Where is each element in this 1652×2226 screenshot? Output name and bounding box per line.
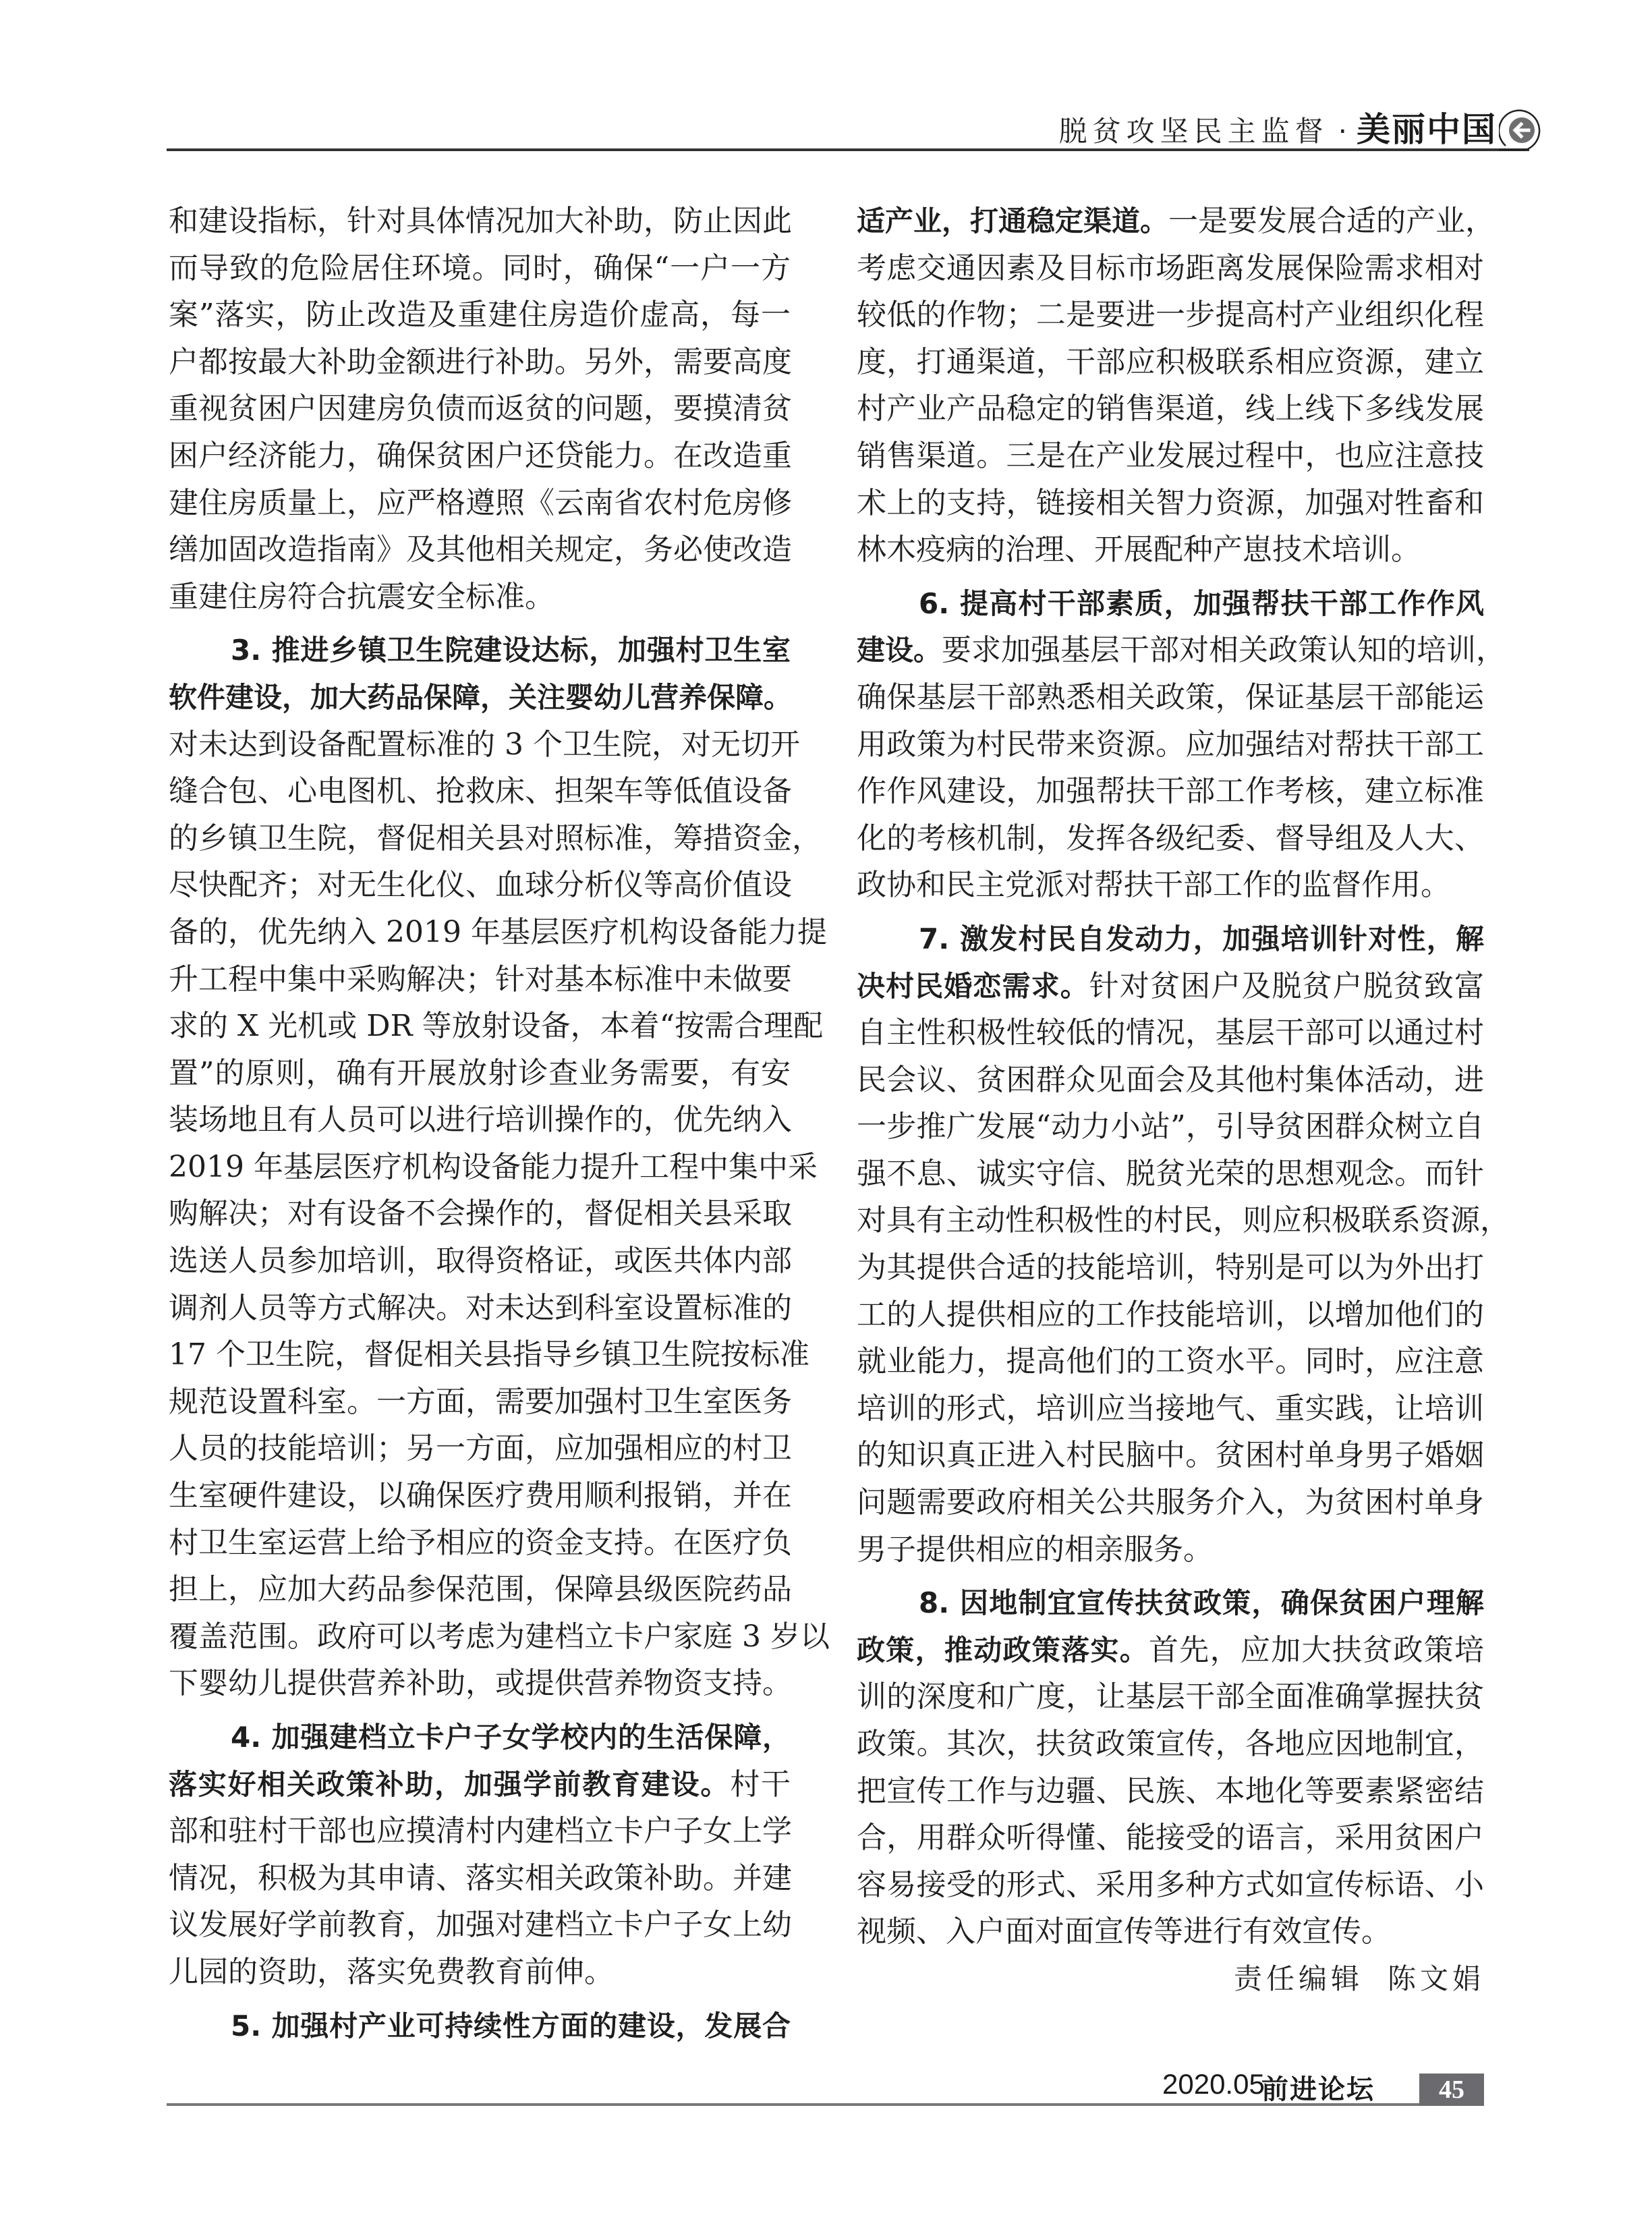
section-heading: 落实好相关政策补助，加强学前教育建设。 xyxy=(169,1768,730,1801)
body-text: 部和驻村干部也应摸清村内建档立卡户子女上学 xyxy=(169,1814,792,1848)
text-line: 确保基层干部熟悉相关政策，保证基层干部能运 xyxy=(857,674,1484,721)
body-text: 村卫生室运营上给予相应的资金支持。在医疗负 xyxy=(169,1526,792,1560)
text-line: 7. 激发村民自发动力，加强培训针对性，解 xyxy=(857,916,1484,963)
text-line: 生室硬件建设，以确保医疗费用顺利报销，并在 xyxy=(169,1472,791,1520)
body-text: 为其提供合适的技能培训，特别是可以为外出打 xyxy=(857,1250,1484,1285)
text-line: 重建住房符合抗震安全标准。 xyxy=(169,574,791,621)
text-line: 议发展好学前教育，加强对建档立卡户子女上幼 xyxy=(169,1901,791,1949)
body-text: 工的人提供相应的工作技能培训，以增加他们的 xyxy=(857,1298,1484,1332)
section-heading: 3. 推进乡镇卫生院建设达标，加强村卫生室 xyxy=(231,634,791,667)
body-text: 就业能力，提高他们的工资水平。同时，应注意 xyxy=(857,1344,1484,1379)
text-line: 置”的原则，确有开展放射诊查业务需要，有安 xyxy=(169,1050,791,1097)
body-text: 问题需要政府相关公共服务介入，为贫困村单身 xyxy=(857,1485,1484,1520)
body-text: 强不息、诚实守信、脱贫光荣的思想观念。而针 xyxy=(857,1157,1484,1191)
editor-label: 责任编辑 xyxy=(1234,1957,1363,1997)
body-text: 和建设指标，针对具体情况加大补助，防止因此 xyxy=(169,204,792,238)
body-text: 而导致的危险居住环境。同时，确保“一户一方 xyxy=(169,251,791,285)
text-line: 强不息、诚实守信、脱贫光荣的思想观念。而针 xyxy=(857,1150,1484,1198)
article-left-column: 和建设指标，针对具体情况加大补助，防止因此而导致的危险居住环境。同时，确保“一户… xyxy=(169,198,791,2049)
section-heading: 6. 提高村干部素质，加强帮扶干部工作作风 xyxy=(919,587,1484,620)
text-line: 购解决；对有设备不会操作的，督促相关县采取 xyxy=(169,1190,791,1237)
body-text: 选送人员参加培训，取得资格证，或医共体内部 xyxy=(169,1244,792,1278)
body-text: 2019 年基层医疗机构设备能力提升工程中集中采 xyxy=(169,1150,818,1184)
section-heading: 适产业，打通稳定渠道。 xyxy=(857,204,1168,238)
section-heading: 政策，推动政策落实。 xyxy=(857,1634,1149,1667)
body-text: 村产业产品稳定的销售渠道，线上线下多线发展 xyxy=(857,391,1484,426)
text-line: 情况，积极为其申请、落实相关政策补助。并建 xyxy=(169,1855,791,1902)
body-text: 对具有主动性积极性的村民，则应积极联系资源， xyxy=(857,1203,1510,1237)
body-text: 销售渠道。三是在产业发展过程中，也应注意技 xyxy=(857,439,1484,473)
text-line: 备的，优先纳入 2019 年基层医疗机构设备能力提 xyxy=(169,909,791,956)
body-text: 的乡镇卫生院，督促相关县对照标准，筹措资金， xyxy=(169,821,822,856)
section-heading: 5. 加强村产业可持续性方面的建设，发展合 xyxy=(231,2009,791,2042)
text-line: 的乡镇卫生院，督促相关县对照标准，筹措资金， xyxy=(169,815,791,862)
footer-rule xyxy=(167,2103,1421,2106)
text-line: 村卫生室运营上给予相应的资金支持。在医疗负 xyxy=(169,1520,791,1567)
text-line: 民会议、贫困群众见面会及其他村集体活动，进 xyxy=(857,1057,1484,1104)
text-line: 选送人员参加培训，取得资格证，或医共体内部 xyxy=(169,1237,791,1285)
body-text: 户都按最大补助金额进行补助。另外，需要高度 xyxy=(169,345,792,379)
text-line: 较低的作物；二是要进一步提高村产业组织化程 xyxy=(857,291,1484,339)
text-line: 视频、入户面对面宣传等进行有效宣传。 xyxy=(857,1908,1484,1955)
body-text: 生室硬件建设，以确保医疗费用顺利报销，并在 xyxy=(169,1478,792,1513)
body-text: 重建住房符合抗震安全标准。 xyxy=(169,580,554,614)
text-line: 户都按最大补助金额进行补助。另外，需要高度 xyxy=(169,339,791,386)
paragraph-gap xyxy=(169,1996,791,2003)
paragraph-gap xyxy=(169,620,791,627)
text-line: 的知识真正进入村民脑中。贫困村单身男子婚姻 xyxy=(857,1432,1484,1479)
text-line: 林木疫病的治理、开展配种产崽技术培训。 xyxy=(857,526,1484,574)
text-line: 担上，应加大药品参保范围，保障县级医院药品 xyxy=(169,1566,791,1613)
body-text: 的知识真正进入村民脑中。贫困村单身男子婚姻 xyxy=(857,1438,1484,1472)
body-text: 担上，应加大药品参保范围，保障县级医院药品 xyxy=(169,1572,792,1607)
text-line: 自主性积极性较低的情况，基层干部可以通过村 xyxy=(857,1009,1484,1057)
text-line: 销售渠道。三是在产业发展过程中，也应注意技 xyxy=(857,433,1484,480)
paragraph-gap xyxy=(857,909,1484,916)
text-line: 为其提供合适的技能培训，特别是可以为外出打 xyxy=(857,1244,1484,1291)
header-separator: · xyxy=(1338,115,1347,148)
section-heading: 4. 加强建档立卡户子女学校内的生活保障， xyxy=(231,1721,791,1754)
body-text: 化的考核机制，发挥各级纪委、督导组及人大、 xyxy=(857,821,1484,856)
header-section-name: 脱贫攻坚民主监督 xyxy=(1059,109,1329,150)
body-text: 装场地且有人员可以进行培训操作的，优先纳入 xyxy=(169,1103,792,1137)
text-line: 尽快配齐；对无生化仪、血球分析仪等高价值设 xyxy=(169,862,791,909)
body-text: 升工程中集中采购解决；针对基本标准中未做要 xyxy=(169,962,792,997)
body-text: 缝合包、心电图机、抢救床、担架车等低值设备 xyxy=(169,774,792,808)
body-text: 备的，优先纳入 2019 年基层医疗机构设备能力提 xyxy=(169,915,827,949)
body-text: 规范设置科室。一方面，需要加强村卫生室医务 xyxy=(169,1385,792,1419)
text-line: 5. 加强村产业可持续性方面的建设，发展合 xyxy=(169,2003,791,2050)
text-line: 3. 推进乡镇卫生院建设达标，加强村卫生室 xyxy=(169,627,791,674)
text-line: 问题需要政府相关公共服务介入，为贫困村单身 xyxy=(857,1479,1484,1526)
body-text: 培训的形式，培训应当接地气、重实践，让培训 xyxy=(857,1391,1484,1426)
text-line: 决村民婚恋需求。针对贫困户及脱贫户脱贫致富 xyxy=(857,963,1484,1010)
text-line: 调剂人员等方式解决。对未达到科室设置标准的 xyxy=(169,1285,791,1332)
body-text: 购解决；对有设备不会操作的，督促相关县采取 xyxy=(169,1196,792,1231)
body-text: 政策。其次，扶贫政策宣传，各地应因地制宜， xyxy=(857,1727,1484,1761)
body-text: 缮加固改造指南》及其他相关规定，务必使改造 xyxy=(169,532,792,567)
text-line: 落实好相关政策补助，加强学前教育建设。村干 xyxy=(169,1761,791,1808)
body-text: 把宣传工作与边疆、民族、本地化等要素紧密结 xyxy=(857,1774,1484,1808)
paragraph-gap xyxy=(857,1573,1484,1580)
text-line: 覆盖范围。政府可以考虑为建档立卡户家庭 3 岁以 xyxy=(169,1613,791,1661)
editor-credit: 责任编辑陈文娟 xyxy=(1234,1957,1485,1997)
body-text: 案”落实，防止改造及重建住房造价虚高，每一 xyxy=(169,298,791,332)
body-text: 男子提供相应的相亲服务。 xyxy=(857,1532,1213,1567)
text-line: 2019 年基层医疗机构设备能力提升工程中集中采 xyxy=(169,1144,791,1191)
body-text: 议发展好学前教育，加强对建档立卡户子女上幼 xyxy=(169,1908,792,1942)
body-text: 对未达到设备配置标准的 3 个卫生院，对无切开 xyxy=(169,727,800,762)
text-line: 建设。要求加强基层干部对相关政策认知的培训， xyxy=(857,627,1484,674)
text-line: 把宣传工作与边疆、民族、本地化等要素紧密结 xyxy=(857,1768,1484,1815)
text-line: 8. 因地制宜宣传扶贫政策，确保贫困户理解 xyxy=(857,1580,1484,1627)
text-line: 儿园的资助，落实免费教育前伸。 xyxy=(169,1949,791,1996)
section-heading: 7. 激发村民自发动力，加强培训针对性，解 xyxy=(919,922,1484,955)
text-line: 一步推广发展“动力小站”，引导贫困群众树立自 xyxy=(857,1103,1484,1150)
text-line: 就业能力，提高他们的工资水平。同时，应注意 xyxy=(857,1338,1484,1385)
text-line: 男子提供相应的相亲服务。 xyxy=(857,1526,1484,1574)
body-text: 视频、入户面对面宣传等进行有效宣传。 xyxy=(857,1914,1391,1949)
text-line: 政协和民主党派对帮扶干部工作的监督作用。 xyxy=(857,862,1484,909)
section-heading: 软件建设，加大药品保障，关注婴幼儿营养保障。 xyxy=(169,681,792,714)
body-text: 调剂人员等方式解决。对未达到科室设置标准的 xyxy=(169,1291,792,1325)
body-text: 首先，应加大扶贫政策培 xyxy=(1149,1633,1484,1667)
text-line: 作作风建设，加强帮扶干部工作考核，建立标准 xyxy=(857,768,1484,815)
text-line: 政策。其次，扶贫政策宣传，各地应因地制宜， xyxy=(857,1721,1484,1768)
body-text: 困户经济能力，确保贫困户还贷能力。在改造重 xyxy=(169,439,792,473)
text-line: 化的考核机制，发挥各级纪委、督导组及人大、 xyxy=(857,815,1484,862)
text-line: 村产业产品稳定的销售渠道，线上线下多线发展 xyxy=(857,385,1484,433)
body-text: 重视贫困户因建房负债而返贫的问题，要摸清贫 xyxy=(169,391,792,426)
text-line: 案”落实，防止改造及重建住房造价虚高，每一 xyxy=(169,291,791,339)
text-line: 对未达到设备配置标准的 3 个卫生院，对无切开 xyxy=(169,721,791,769)
body-text: 儿园的资助，落实免费教育前伸。 xyxy=(169,1955,614,1989)
text-line: 缮加固改造指南》及其他相关规定，务必使改造 xyxy=(169,526,791,574)
body-text: 覆盖范围。政府可以考虑为建档立卡户家庭 3 岁以 xyxy=(169,1619,830,1654)
text-line: 4. 加强建档立卡户子女学校内的生活保障， xyxy=(169,1714,791,1761)
header-column-name: 美丽中国 xyxy=(1357,103,1497,151)
body-text: 度，打通渠道，干部应积极联系相应资源，建立 xyxy=(857,345,1484,379)
text-line: 缝合包、心电图机、抢救床、担架车等低值设备 xyxy=(169,768,791,815)
section-heading: 8. 因地制宜宣传扶贫政策，确保贫困户理解 xyxy=(919,1586,1484,1619)
text-line: 用政策为村民带来资源。应加强结对帮扶干部工 xyxy=(857,721,1484,769)
text-line: 人员的技能培训；另一方面，应加强相应的村卫 xyxy=(169,1425,791,1472)
body-text: 村干 xyxy=(730,1767,791,1802)
body-text: 自主性积极性较低的情况，基层干部可以通过村 xyxy=(857,1015,1484,1050)
text-line: 下婴幼儿提供营养补助，或提供营养物资支持。 xyxy=(169,1660,791,1707)
body-text: 求的 X 光机或 DR 等放射设备，本着“按需合理配 xyxy=(169,1009,823,1043)
paragraph-gap xyxy=(169,1707,791,1714)
text-line: 重视贫困户因建房负债而返贫的问题，要摸清贫 xyxy=(169,385,791,433)
text-line: 容易接受的形式、采用多种方式如宣传标语、小 xyxy=(857,1862,1484,1909)
text-line: 考虑交通因素及目标市场距离发展保险需求相对 xyxy=(857,245,1484,292)
text-line: 部和驻村干部也应摸清村内建档立卡户子女上学 xyxy=(169,1808,791,1855)
body-text: 下婴幼儿提供营养补助，或提供营养物资支持。 xyxy=(169,1666,792,1700)
magazine-name: 前进论坛 xyxy=(1261,2068,1375,2107)
text-line: 而导致的危险居住环境。同时，确保“一户一方 xyxy=(169,245,791,292)
text-line: 术上的支持，链接相关智力资源，加强对牲畜和 xyxy=(857,480,1484,527)
body-text: 要求加强基层干部对相关政策认知的培训， xyxy=(942,633,1506,667)
body-text: 容易接受的形式、采用多种方式如宣传标语、小 xyxy=(857,1868,1484,1902)
body-text: 训的深度和广度，让基层干部全面准确掌握扶贫 xyxy=(857,1679,1484,1714)
text-line: 训的深度和广度，让基层干部全面准确掌握扶贫 xyxy=(857,1673,1484,1721)
text-line: 升工程中集中采购解决；针对基本标准中未做要 xyxy=(169,956,791,1003)
body-text: 尽快配齐；对无生化仪、血球分析仪等高价值设 xyxy=(169,868,792,902)
text-line: 对具有主动性积极性的村民，则应积极联系资源， xyxy=(857,1197,1484,1244)
section-heading: 建设。 xyxy=(857,634,942,667)
text-line: 建住房质量上，应严格遵照《云南省农村危房修 xyxy=(169,480,791,527)
text-line: 和建设指标，针对具体情况加大补助，防止因此 xyxy=(169,198,791,245)
section-heading: 决村民婚恋需求。 xyxy=(857,970,1089,1003)
body-text: 合，用群众听得懂、能接受的语言，采用贫困户 xyxy=(857,1820,1484,1855)
text-line: 工的人提供相应的工作技能培训，以增加他们的 xyxy=(857,1291,1484,1339)
body-text: 一是要发展合适的产业， xyxy=(1168,204,1495,238)
running-header: 脱贫攻坚民主监督 · 美丽中国 xyxy=(1059,103,1497,143)
body-text: 术上的支持，链接相关智力资源，加强对牲畜和 xyxy=(857,486,1484,520)
text-line: 装场地且有人员可以进行培训操作的，优先纳入 xyxy=(169,1096,791,1144)
body-text: 置”的原则，确有开展放射诊查业务需要，有安 xyxy=(169,1056,791,1090)
issue-date: 2020.05 xyxy=(1162,2068,1265,2100)
body-text: 人员的技能培训；另一方面，应加强相应的村卫 xyxy=(169,1431,792,1466)
body-text: 建住房质量上，应严格遵照《云南省农村危房修 xyxy=(169,486,792,520)
text-line: 17 个卫生院，督促相关县指导乡镇卫生院按标准 xyxy=(169,1331,791,1379)
body-text: 较低的作物；二是要进一步提高村产业组织化程 xyxy=(857,298,1484,332)
text-line: 软件建设，加大药品保障，关注婴幼儿营养保障。 xyxy=(169,674,791,721)
text-line: 规范设置科室。一方面，需要加强村卫生室医务 xyxy=(169,1379,791,1426)
text-line: 培训的形式，培训应当接地气、重实践，让培训 xyxy=(857,1385,1484,1432)
text-line: 合，用群众听得懂、能接受的语言，采用贫困户 xyxy=(857,1814,1484,1862)
body-text: 政协和民主党派对帮扶干部工作的监督作用。 xyxy=(857,868,1450,902)
text-line: 政策，推动政策落实。首先，应加大扶贫政策培 xyxy=(857,1627,1484,1674)
body-text: 17 个卫生院，督促相关县指导乡镇卫生院按标准 xyxy=(169,1337,809,1372)
body-text: 一步推广发展“动力小站”，引导贫困群众树立自 xyxy=(857,1109,1484,1144)
text-line: 求的 X 光机或 DR 等放射设备，本着“按需合理配 xyxy=(169,1003,791,1050)
body-text: 用政策为村民带来资源。应加强结对帮扶干部工 xyxy=(857,727,1484,762)
body-text: 林木疫病的治理、开展配种产崽技术培训。 xyxy=(857,532,1421,567)
text-line: 适产业，打通稳定渠道。一是要发展合适的产业， xyxy=(857,198,1484,245)
page-number: 45 xyxy=(1419,2074,1484,2106)
body-text: 确保基层干部熟悉相关政策，保证基层干部能运 xyxy=(857,680,1484,715)
editor-name: 陈文娟 xyxy=(1388,1957,1485,1997)
text-line: 6. 提高村干部素质，加强帮扶干部工作作风 xyxy=(857,580,1484,628)
arrow-left-circle-icon xyxy=(1499,108,1543,152)
paragraph-gap xyxy=(857,574,1484,580)
text-line: 困户经济能力，确保贫困户还贷能力。在改造重 xyxy=(169,433,791,480)
body-text: 民会议、贫困群众见面会及其他村集体活动，进 xyxy=(857,1063,1484,1097)
body-text: 针对贫困户及脱贫户脱贫致富 xyxy=(1089,969,1484,1003)
body-text: 考虑交通因素及目标市场距离发展保险需求相对 xyxy=(857,251,1484,285)
body-text: 情况，积极为其申请、落实相关政策补助。并建 xyxy=(169,1861,792,1895)
body-text: 作作风建设，加强帮扶干部工作考核，建立标准 xyxy=(857,774,1484,808)
text-line: 度，打通渠道，干部应积极联系相应资源，建立 xyxy=(857,339,1484,386)
article-right-column: 适产业，打通稳定渠道。一是要发展合适的产业，考虑交通因素及目标市场距离发展保险需… xyxy=(857,198,1484,1955)
